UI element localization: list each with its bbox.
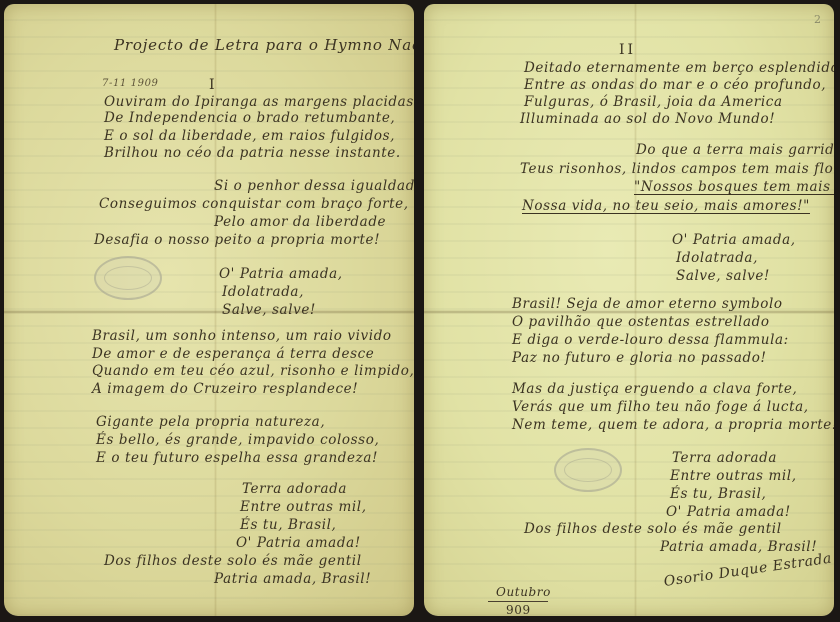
verse-line: Entre outras mil, — [670, 468, 797, 484]
verse-line: Patria amada, Brasil! — [214, 571, 371, 587]
verse-line: De amor e de esperança á terra desce — [92, 346, 374, 362]
verse-line: E diga o verde-louro dessa flammula: — [512, 332, 789, 348]
verse-line: Pelo amor da liberdade — [214, 214, 386, 230]
verse-line: Entre outras mil, — [240, 499, 367, 515]
verse-line: Illuminada ao sol do Novo Mundo! — [520, 111, 775, 127]
verse-line: O' Patria amada, — [219, 266, 343, 282]
verse-line: Conseguimos conquistar com braço forte, — [99, 196, 409, 212]
author-signature: Osorio Duque Estrada — [663, 550, 833, 589]
verse-line: De Independencia o brado retumbante, — [104, 110, 395, 126]
section-numeral: I — [209, 77, 218, 93]
verse-line: Quando em teu céo azul, risonho e limpid… — [92, 363, 414, 379]
verse-line: Teus risonhos, lindos campos tem mais fl… — [520, 161, 834, 177]
verse-line: Brasil, um sonho intenso, um raio vivido — [92, 328, 392, 344]
verse-line: Mas da justiça erguendo a clava forte, — [512, 381, 797, 397]
verse-line: Deitado eternamente em berço esplendido, — [524, 60, 834, 76]
archive-stamp — [554, 448, 622, 492]
verse-line: Idolatrada, — [676, 250, 758, 266]
verse-line: O' Patria amada, — [672, 232, 796, 248]
margin-date-note: 7-11 1909 — [102, 76, 159, 92]
verse-line-underlined: "Nossos bosques tem mais vida, — [634, 179, 834, 195]
verse-line: Entre as ondas do mar e o céo profundo, — [524, 77, 826, 93]
archive-stamp — [94, 256, 162, 300]
verse-line: Paz no futuro e gloria no passado! — [512, 350, 767, 366]
date-note-year: 909 — [506, 602, 531, 616]
manuscript-page-right: 2 II Deitado eternamente em berço esplen… — [424, 4, 834, 616]
verse-line: O' Patria amada! — [666, 504, 791, 520]
verse-line: Brasil! Seja de amor eterno symbolo — [512, 296, 783, 312]
verse-line: Desafia o nosso peito a propria morte! — [94, 232, 380, 248]
verse-line: Dos filhos deste solo és mãe gentil — [524, 521, 782, 537]
verse-line-underlined: Nossa vida, no teu seio, mais amores!" — [522, 198, 810, 214]
verse-line: Ouviram do Ipiranga as margens placidas — [104, 94, 414, 110]
verse-line: O' Patria amada! — [236, 535, 361, 551]
verse-line: És tu, Brasil, — [670, 486, 766, 502]
verse-line: Verás que um filho teu não foge á lucta, — [512, 399, 809, 415]
page-number: 2 — [814, 12, 822, 28]
verse-line: E o sol da liberdade, em raios fulgidos, — [104, 128, 395, 144]
document-title: Projecto de Letra para o Hymno Nacional — [114, 37, 414, 53]
page-fold-line — [4, 310, 414, 314]
verse-line: O pavilhão que ostentas estrellado — [512, 314, 770, 330]
verse-line: És tu, Brasil, — [240, 517, 336, 533]
verse-line: Idolatrada, — [222, 284, 304, 300]
verse-line: Dos filhos deste solo és mãe gentil — [104, 553, 362, 569]
verse-line: Si o penhor dessa igualdade — [214, 178, 414, 194]
section-numeral: II — [619, 42, 636, 58]
verse-line: És bello, és grande, impavido colosso, — [96, 432, 379, 448]
verse-line: Salve, salve! — [222, 302, 316, 318]
verse-line: Salve, salve! — [676, 268, 770, 284]
verse-line: Brilhou no céo da patria nesse instante. — [104, 145, 401, 161]
verse-line: Fulguras, ó Brasil, joia da America — [524, 94, 783, 110]
verse-line: Terra adorada — [672, 450, 777, 466]
verse-line: E o teu futuro espelha essa grandeza! — [96, 450, 378, 466]
verse-line: Do que a terra mais garrida, — [636, 142, 834, 158]
verse-line: Terra adorada — [242, 481, 347, 497]
manuscript-page-left: Projecto de Letra para o Hymno Nacional … — [4, 4, 414, 616]
verse-line: Nem teme, quem te adora, a propria morte… — [512, 417, 834, 433]
verse-line: A imagem do Cruzeiro resplandece! — [92, 381, 358, 397]
verse-line: Patria amada, Brasil! — [660, 539, 817, 555]
verse-line: Gigante pela propria natureza, — [96, 414, 325, 430]
date-note-month: Outubro — [496, 584, 551, 600]
